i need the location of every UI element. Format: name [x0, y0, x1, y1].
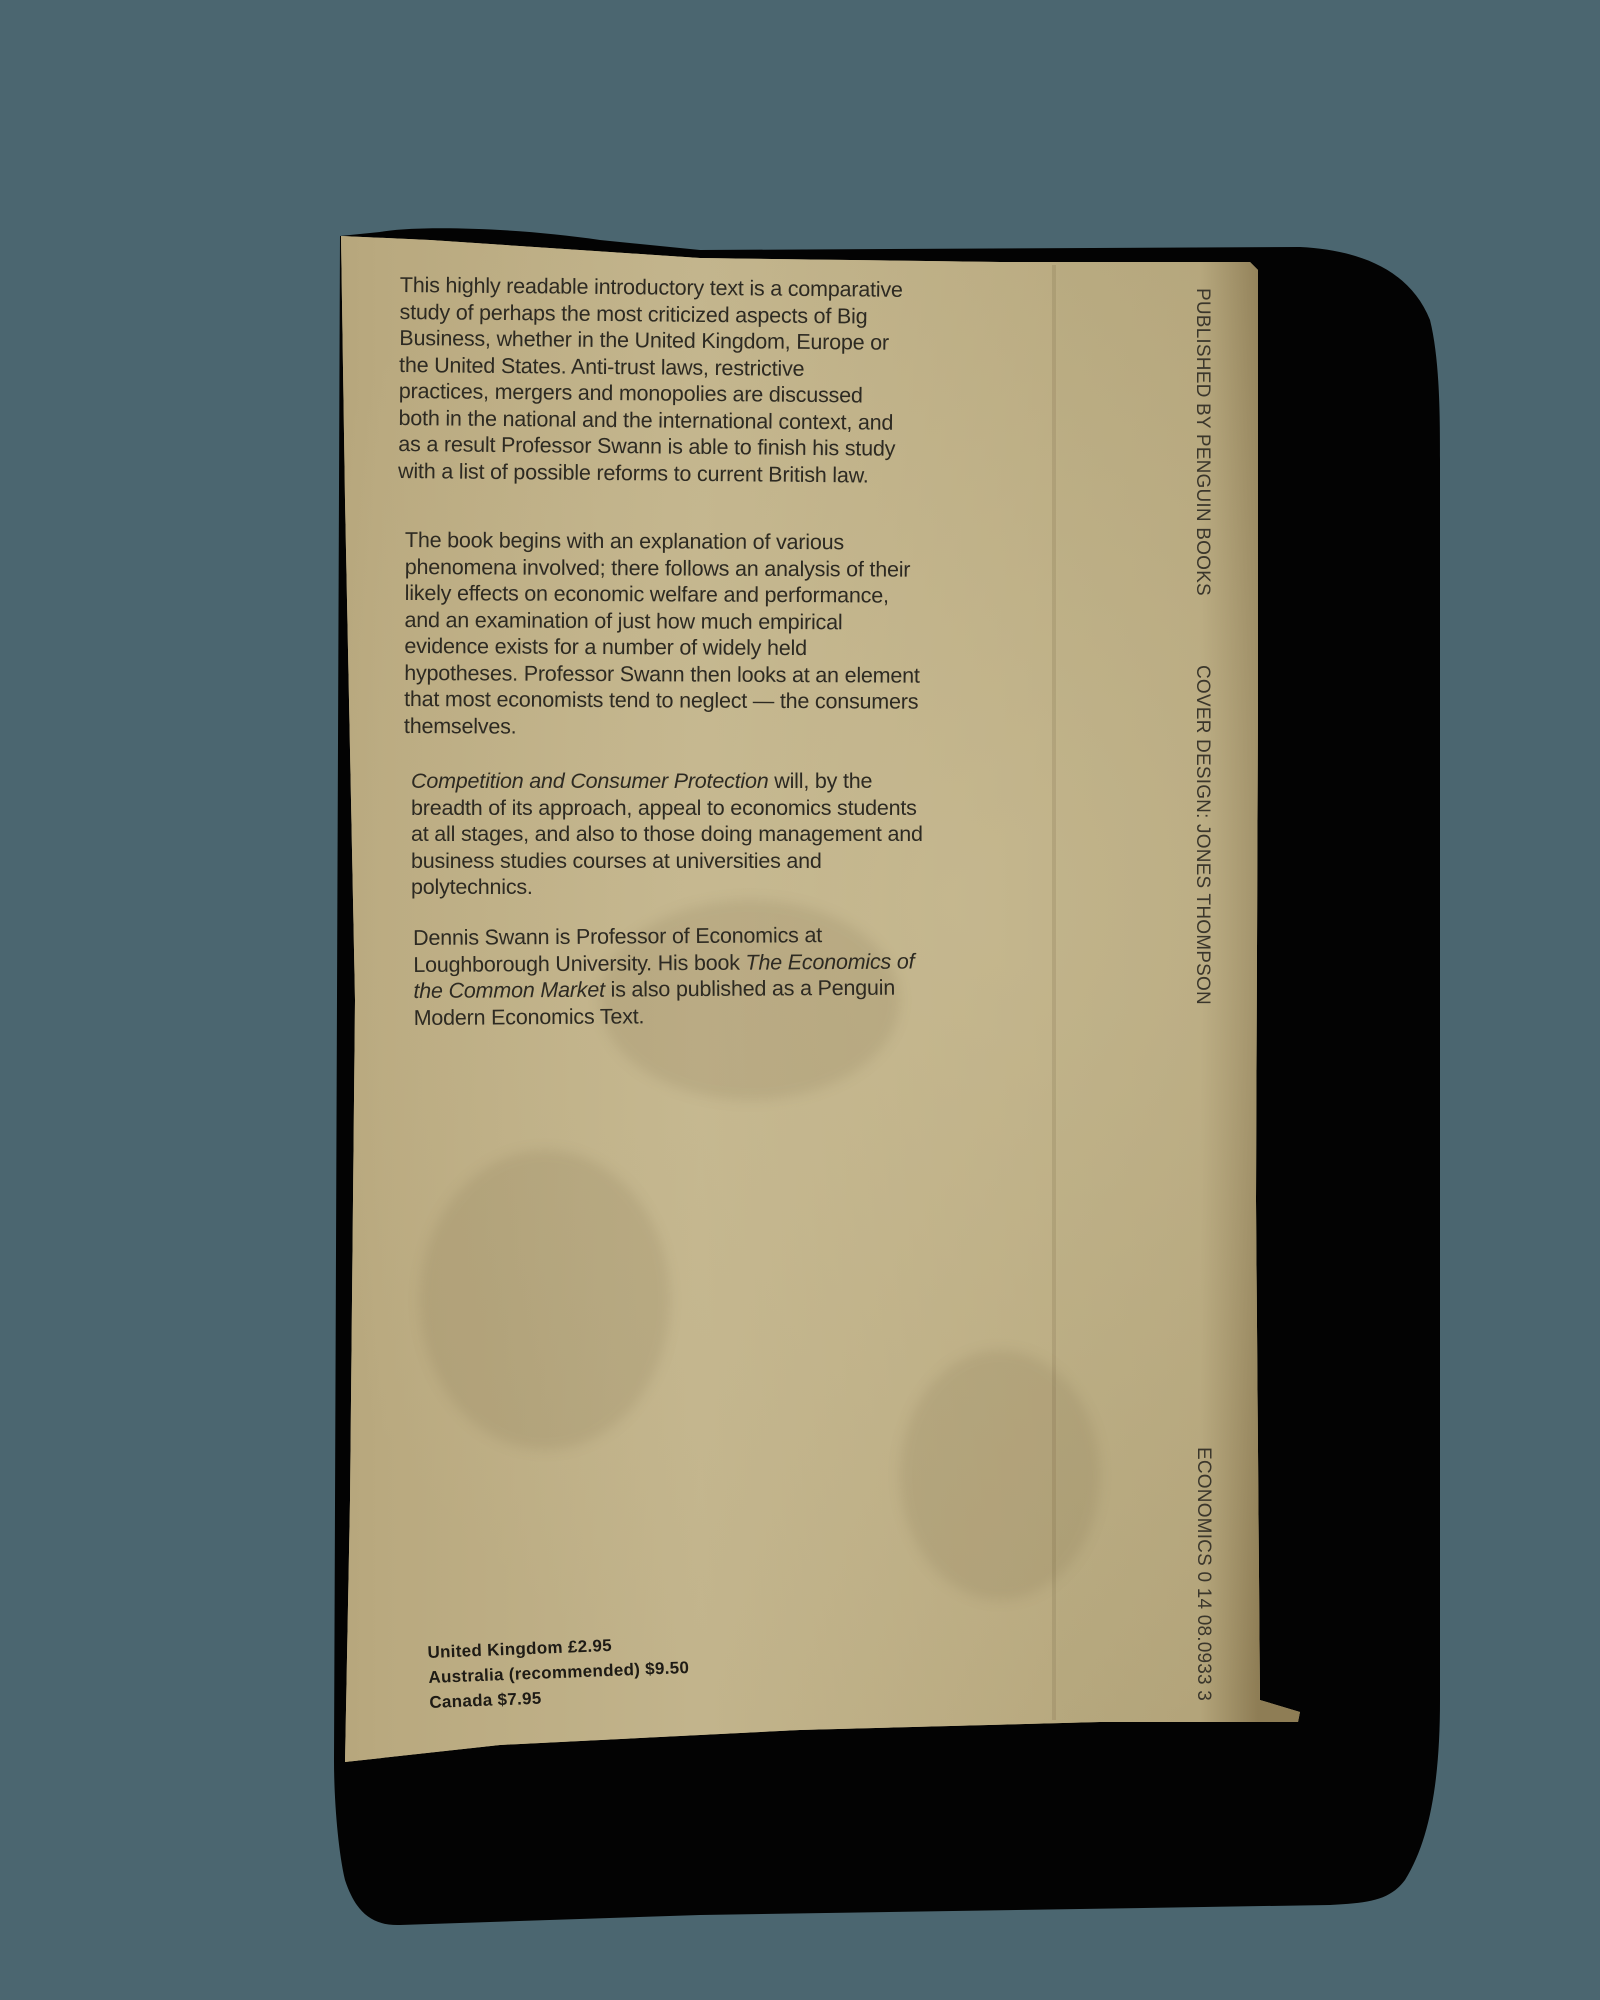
blurb-line: likely effects on economic welfare and p… — [405, 580, 921, 609]
blurb-line: breadth of its approach, appeal to econo… — [411, 795, 923, 822]
blurb-line: and an examination of just how much empi… — [404, 606, 920, 635]
blurb-line: phenomena involved; there follows an ana… — [405, 553, 921, 582]
book-title-italic: the Common Market — [413, 978, 605, 1003]
blurb-line: Modern Economics Text. — [414, 1001, 915, 1031]
spine-category-isbn: ECONOMICS 0 14 08.0933 3 — [1192, 1447, 1214, 1701]
blurb-line: as a result Professor Swann is able to f… — [398, 431, 901, 462]
blurb-line: Loughborough University. His book The Ec… — [413, 948, 914, 978]
blurb-line: at all stages, and also to those doing m… — [411, 821, 923, 848]
price-list: United Kingdom £2.95 Australia (recommen… — [427, 1630, 691, 1715]
blurb-line: This highly readable introductory text i… — [400, 272, 903, 303]
blurb-line: business studies courses at universities… — [411, 848, 923, 875]
blurb-line: practices, mergers and monopolies are di… — [399, 378, 902, 409]
blurb-text: is also published as a Penguin — [605, 976, 895, 1002]
blurb-line: themselves. — [404, 712, 920, 741]
blurb-paragraph-3: Competition and Consumer Protection will… — [411, 768, 923, 901]
paper-stain — [900, 1350, 1100, 1600]
blurb-line: Competition and Consumer Protection will… — [411, 768, 923, 795]
blurb-line: Dennis Swann is Professor of Economics a… — [413, 922, 914, 952]
blurb-line: hypotheses. Professor Swann then looks a… — [404, 659, 920, 688]
paper-stain — [420, 1150, 670, 1450]
blurb-line: the Common Market is also published as a… — [413, 975, 914, 1005]
spine-publisher: PUBLISHED BY PENGUIN BOOKS — [1191, 288, 1213, 596]
blurb-line: The book begins with an explanation of v… — [405, 527, 921, 556]
blurb-text: will, by the — [769, 769, 873, 793]
blurb-paragraph-2: The book begins with an explanation of v… — [404, 527, 921, 742]
blurb-paragraph-1: This highly readable introductory text i… — [398, 272, 903, 489]
blurb-line: evidence exists for a number of widely h… — [404, 633, 920, 662]
blurb-line: with a list of possible reforms to curre… — [398, 457, 901, 488]
blurb-line: Business, whether in the United Kingdom,… — [399, 325, 902, 356]
blurb-line: that most economists tend to neglect — t… — [404, 686, 920, 715]
author-bio: Dennis Swann is Professor of Economics a… — [413, 922, 915, 1031]
blurb-text: Loughborough University. His book — [413, 950, 745, 976]
book-title-italic: Competition and Consumer Protection — [411, 769, 769, 793]
spine-cover-design: COVER DESIGN: JONES THOMPSON — [1191, 665, 1213, 1005]
book-title-italic: The Economics of — [745, 949, 914, 974]
blurb-line: polytechnics. — [411, 874, 923, 901]
